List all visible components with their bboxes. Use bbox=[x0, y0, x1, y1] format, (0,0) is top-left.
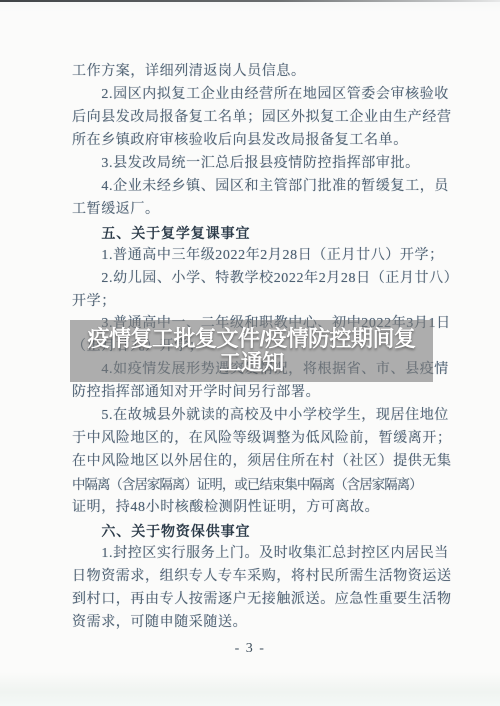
document-line: 3.县发改局统一汇总后报县疫情防控指挥部审批。 bbox=[72, 153, 438, 176]
title-overlay-banner: 疫情复工批复文件/疫情防控期间复 工通知 bbox=[70, 320, 433, 382]
document-page: 工作方案，详细列清返岗人员信息。 2.园区内拟复工企业由经营所在地园区管委会审核… bbox=[0, 0, 500, 706]
document-line: 后向县发改局报备复工名单；园区外拟复工企业由生产经营 bbox=[72, 107, 438, 130]
document-line: 1.普通高中三年级2022年2月28日（正月廿八）开学； bbox=[72, 245, 438, 268]
document-line: 证明，持48小时核酸检测阴性证明，方可离故。 bbox=[72, 497, 438, 520]
document-line: 资需求，可随申随采随送。 bbox=[72, 612, 438, 635]
section-heading: 六、关于物资保供事宜 bbox=[72, 520, 438, 543]
document-line: 5.在故城县外就读的高校及中小学校学生，现居住地位 bbox=[72, 405, 438, 428]
page-number: - 3 - bbox=[0, 641, 500, 657]
document-line: 在中风险地区以外居住的，须居住所在村（社区）提供无集 bbox=[72, 451, 438, 474]
section-heading: 五、关于复学复课事宜 bbox=[72, 222, 438, 245]
document-line: 工暂缓返厂。 bbox=[72, 199, 438, 222]
document-line: 2.园区内拟复工企业由经营所在地园区管委会审核验收 bbox=[72, 84, 438, 107]
document-line: 开学； bbox=[72, 291, 438, 314]
document-line: 2.幼儿园、小学、特教学校2022年2月28日（正月廿八） bbox=[72, 268, 438, 291]
document-line: 所在乡镇政府审核验收后向县发改局报备复工名单。 bbox=[72, 130, 438, 153]
document-line: 到村口，再由专人按需逐户无接触派送。应急性重要生活物 bbox=[72, 589, 438, 612]
scan-top-edge bbox=[0, 0, 500, 2]
overlay-title-line2: 工通知 bbox=[219, 351, 284, 375]
document-line: 1.封控区实行服务上门。及时收集汇总封控区内居民当 bbox=[72, 543, 438, 566]
document-line: 4.企业未经乡镇、园区和主管部门批准的暂缓复工，员 bbox=[72, 176, 438, 199]
document-line: 日物资需求，组织专人专车采购，将村民所需生活物资运送 bbox=[72, 566, 438, 589]
document-line: 于中风险地区的，在风险等级调整为低风险前，暂缓离开； bbox=[72, 428, 438, 451]
document-line: 中隔离（含居家隔离）证明，或已结束集中隔离（含居家隔离） bbox=[72, 474, 438, 497]
document-line: 工作方案，详细列清返岗人员信息。 bbox=[72, 61, 438, 84]
overlay-title-line1: 疫情复工批复文件/疫情防控期间复 bbox=[87, 327, 415, 351]
document-line: 防控指挥部通知对开学时间另行部署。 bbox=[72, 382, 438, 405]
